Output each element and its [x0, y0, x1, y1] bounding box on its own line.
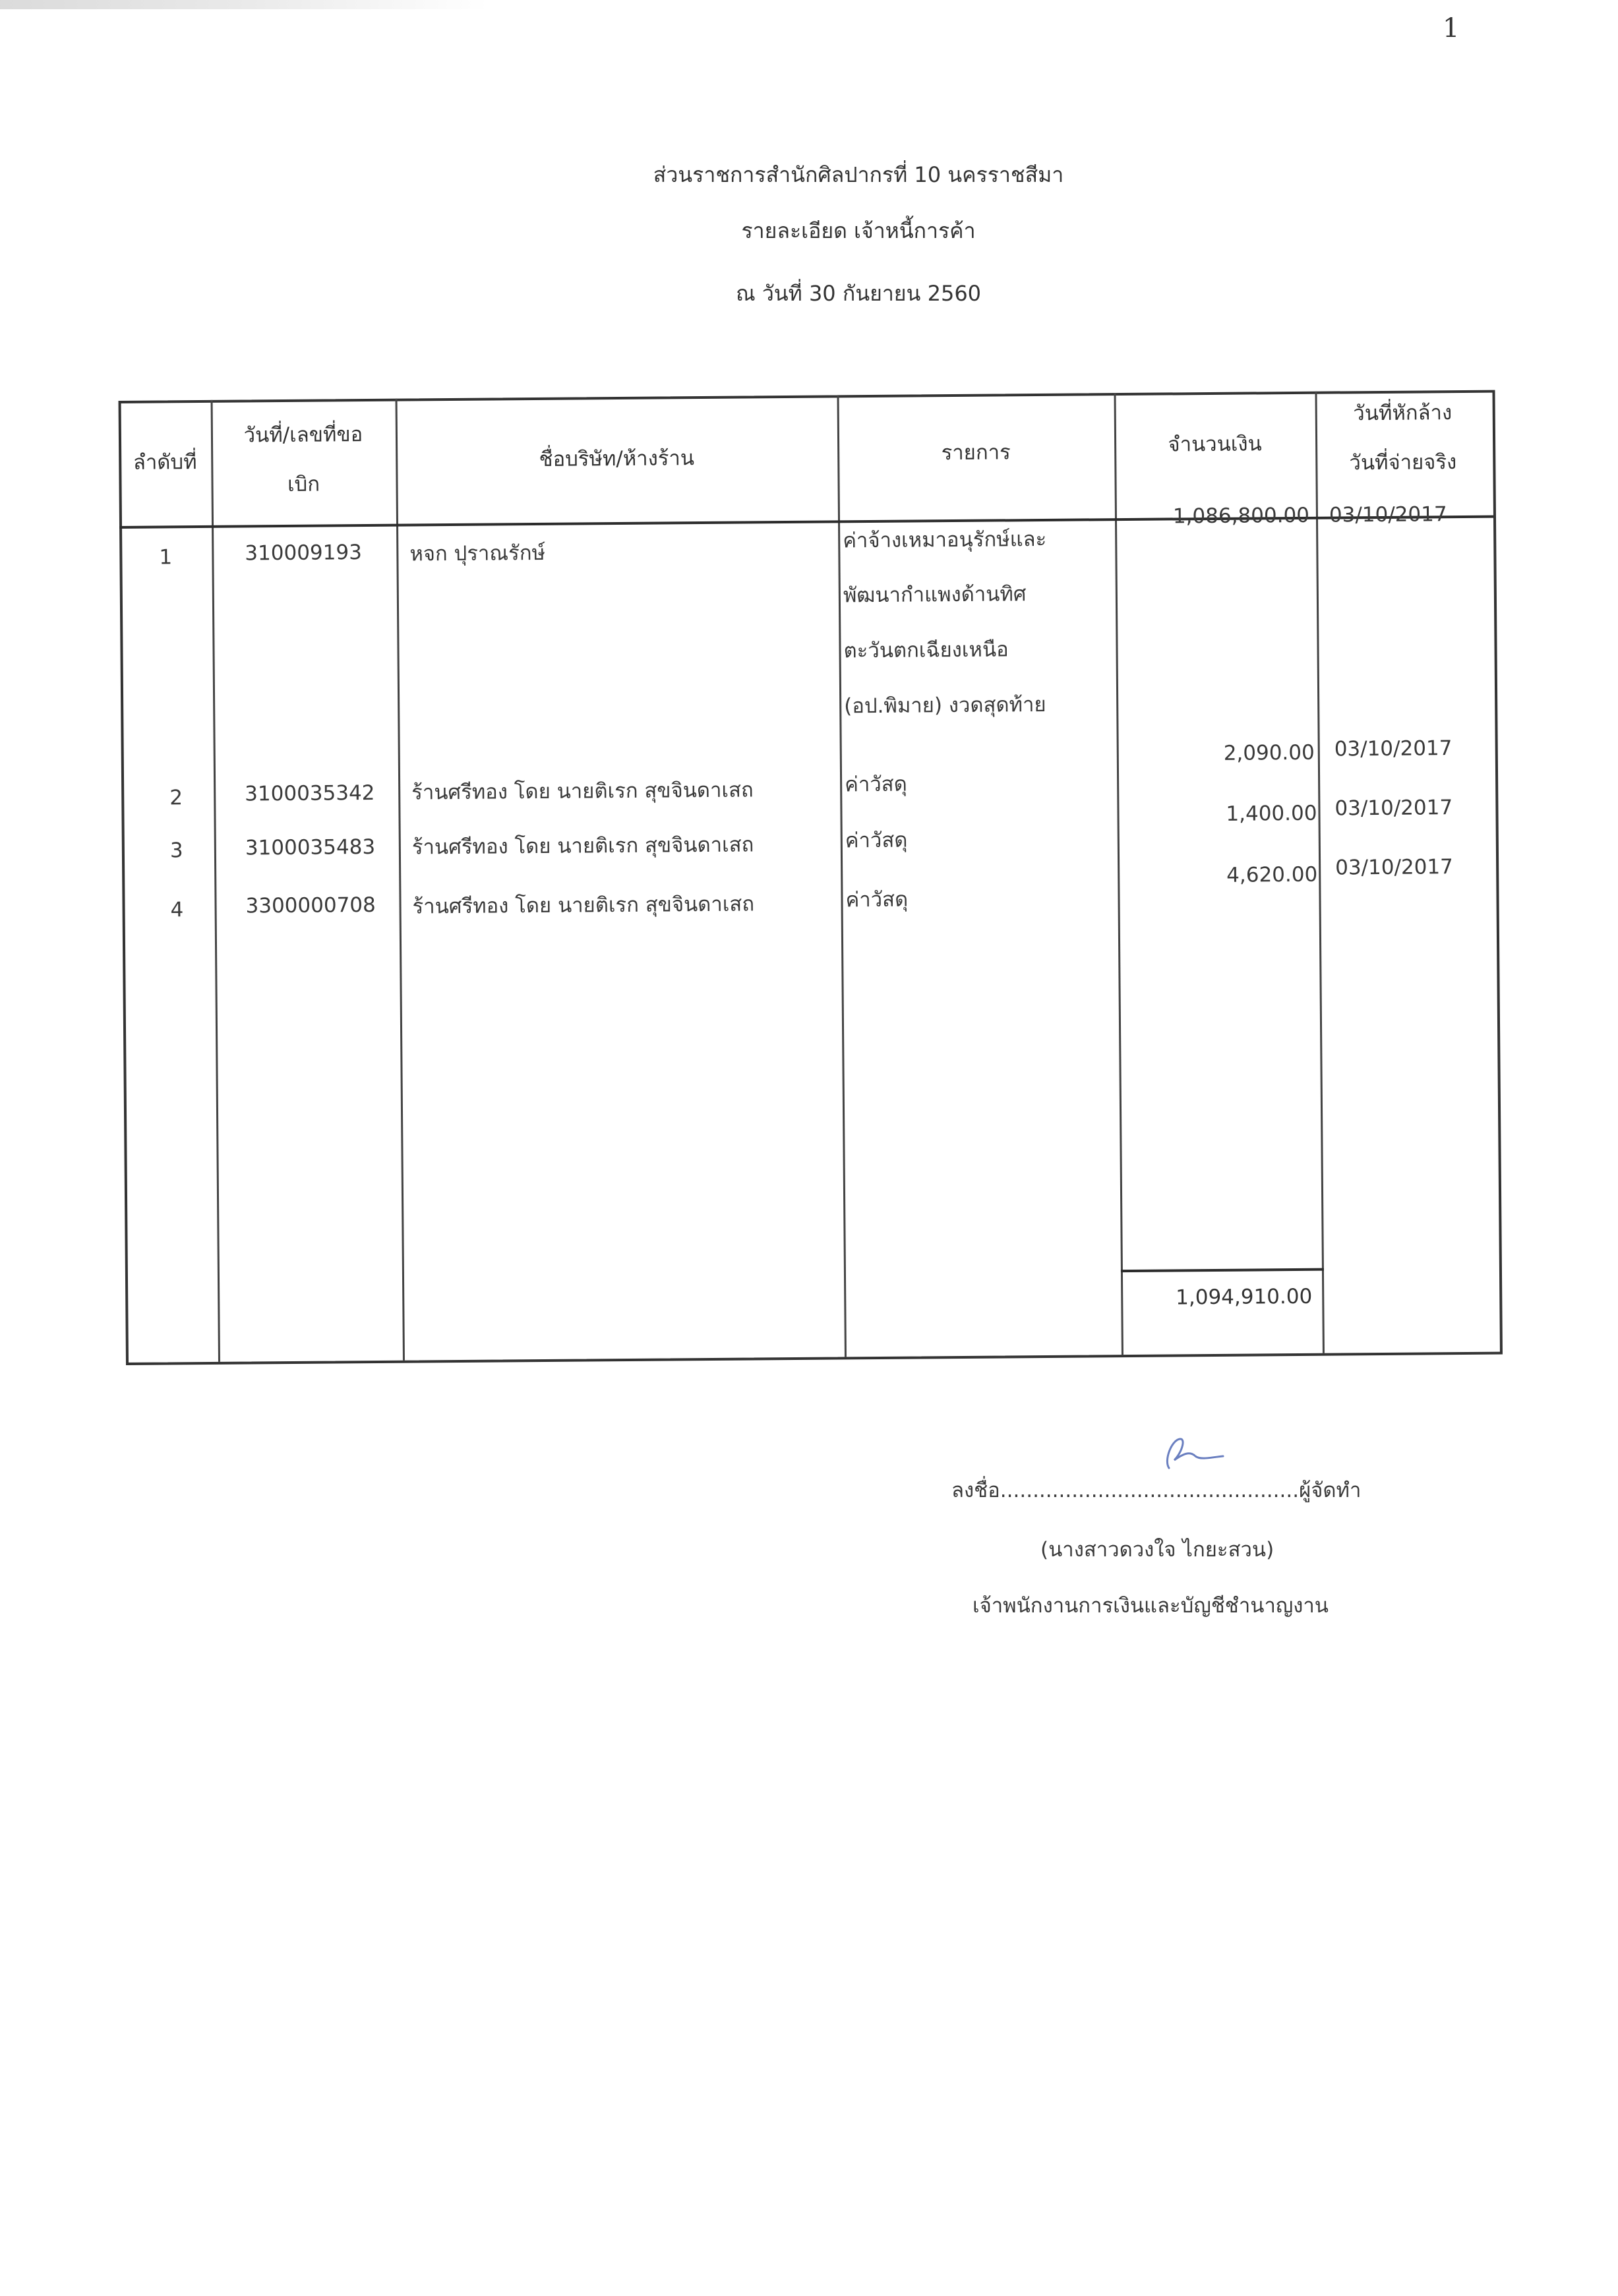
col-header-date-2: วันที่จ่ายจริง	[1315, 436, 1491, 489]
row-vendor: ร้านศรีทอง โดย นายติเรก สุขจินดาเสถ	[411, 773, 754, 808]
row-no: 1	[159, 545, 172, 569]
col-header-docno-1: วันที่/เลขที่ขอ	[211, 409, 396, 461]
row-amount: 1,086,800.00	[1118, 504, 1309, 529]
row-vendor: ร้านศรีทอง โดย นายติเรก สุขจินดาเสถ	[412, 827, 754, 863]
sign-dots: ........................................…	[1000, 1479, 1299, 1502]
col-header-desc: รายการ	[837, 426, 1115, 479]
row-desc-line: ตะวันตกเฉียงเหนือ	[843, 632, 1009, 666]
col-header-vendor: ชื่อบริษัท/ห้างร้าน	[396, 431, 838, 486]
row-date: 03/10/2017	[1334, 736, 1453, 761]
col-header-no: ลำดับที่	[119, 436, 212, 488]
row-date: 03/10/2017	[1334, 796, 1453, 820]
row-vendor: ร้านศรีทอง โดย นายติเรก สุขจินดาเสถ	[412, 887, 754, 922]
col-header-docno-2: เบิก	[211, 458, 396, 511]
row-date: 03/10/2017	[1335, 855, 1453, 879]
handwritten-signature	[1157, 1434, 1230, 1473]
col-header-date-1: วันที่หักล้าง	[1315, 387, 1490, 440]
row-doc-no: 3100035483	[245, 835, 376, 860]
row-desc-line: พัฒนากำแพงด้านทิศ	[843, 577, 1027, 611]
row-no: 2	[169, 786, 183, 809]
row-desc-line: ค่าวัสดุ	[845, 823, 908, 857]
row-doc-no: 3300000708	[245, 893, 376, 918]
row-no: 3	[170, 839, 183, 862]
col-header-amount: จำนวนเงิน	[1114, 418, 1316, 471]
row-amount: 2,090.00	[1120, 741, 1315, 766]
row-desc-line: ค่าวัสดุ	[845, 883, 908, 916]
row-desc-line: ค่าวัสดุ	[845, 767, 907, 801]
creditor-table: ลำดับที่ วันที่/เลขที่ขอ เบิก ชื่อบริษัท…	[0, 0, 1618, 1456]
row-date: 03/10/2017	[1329, 502, 1447, 527]
row-doc-no: 3100035342	[245, 781, 375, 806]
sign-label: ลงชื่อ	[951, 1479, 1000, 1502]
total-amount: 1,094,910.00	[1124, 1285, 1312, 1310]
row-desc-line: (อป.พิมาย) งวดสุดท้าย	[844, 688, 1046, 722]
row-amount: 4,620.00	[1121, 863, 1317, 888]
row-desc-line: ค่าจ้างเหมาอนุรักษ์และ	[843, 522, 1046, 556]
row-doc-no: 310009193	[245, 541, 362, 565]
row-no: 4	[170, 898, 183, 922]
signer-name: (นางสาวดวงใจ ไกยะสวน)	[1040, 1533, 1274, 1566]
sign-line: ลงชื่อ..................................…	[951, 1473, 1361, 1506]
signer-position: เจ้าพนักงานการเงินและบัญชีชำนาญงาน	[973, 1589, 1329, 1622]
sign-role: ผู้จัดทำ	[1299, 1479, 1361, 1502]
row-vendor: หจก ปุราณรักษ์	[409, 536, 545, 570]
row-amount: 1,400.00	[1120, 802, 1317, 827]
